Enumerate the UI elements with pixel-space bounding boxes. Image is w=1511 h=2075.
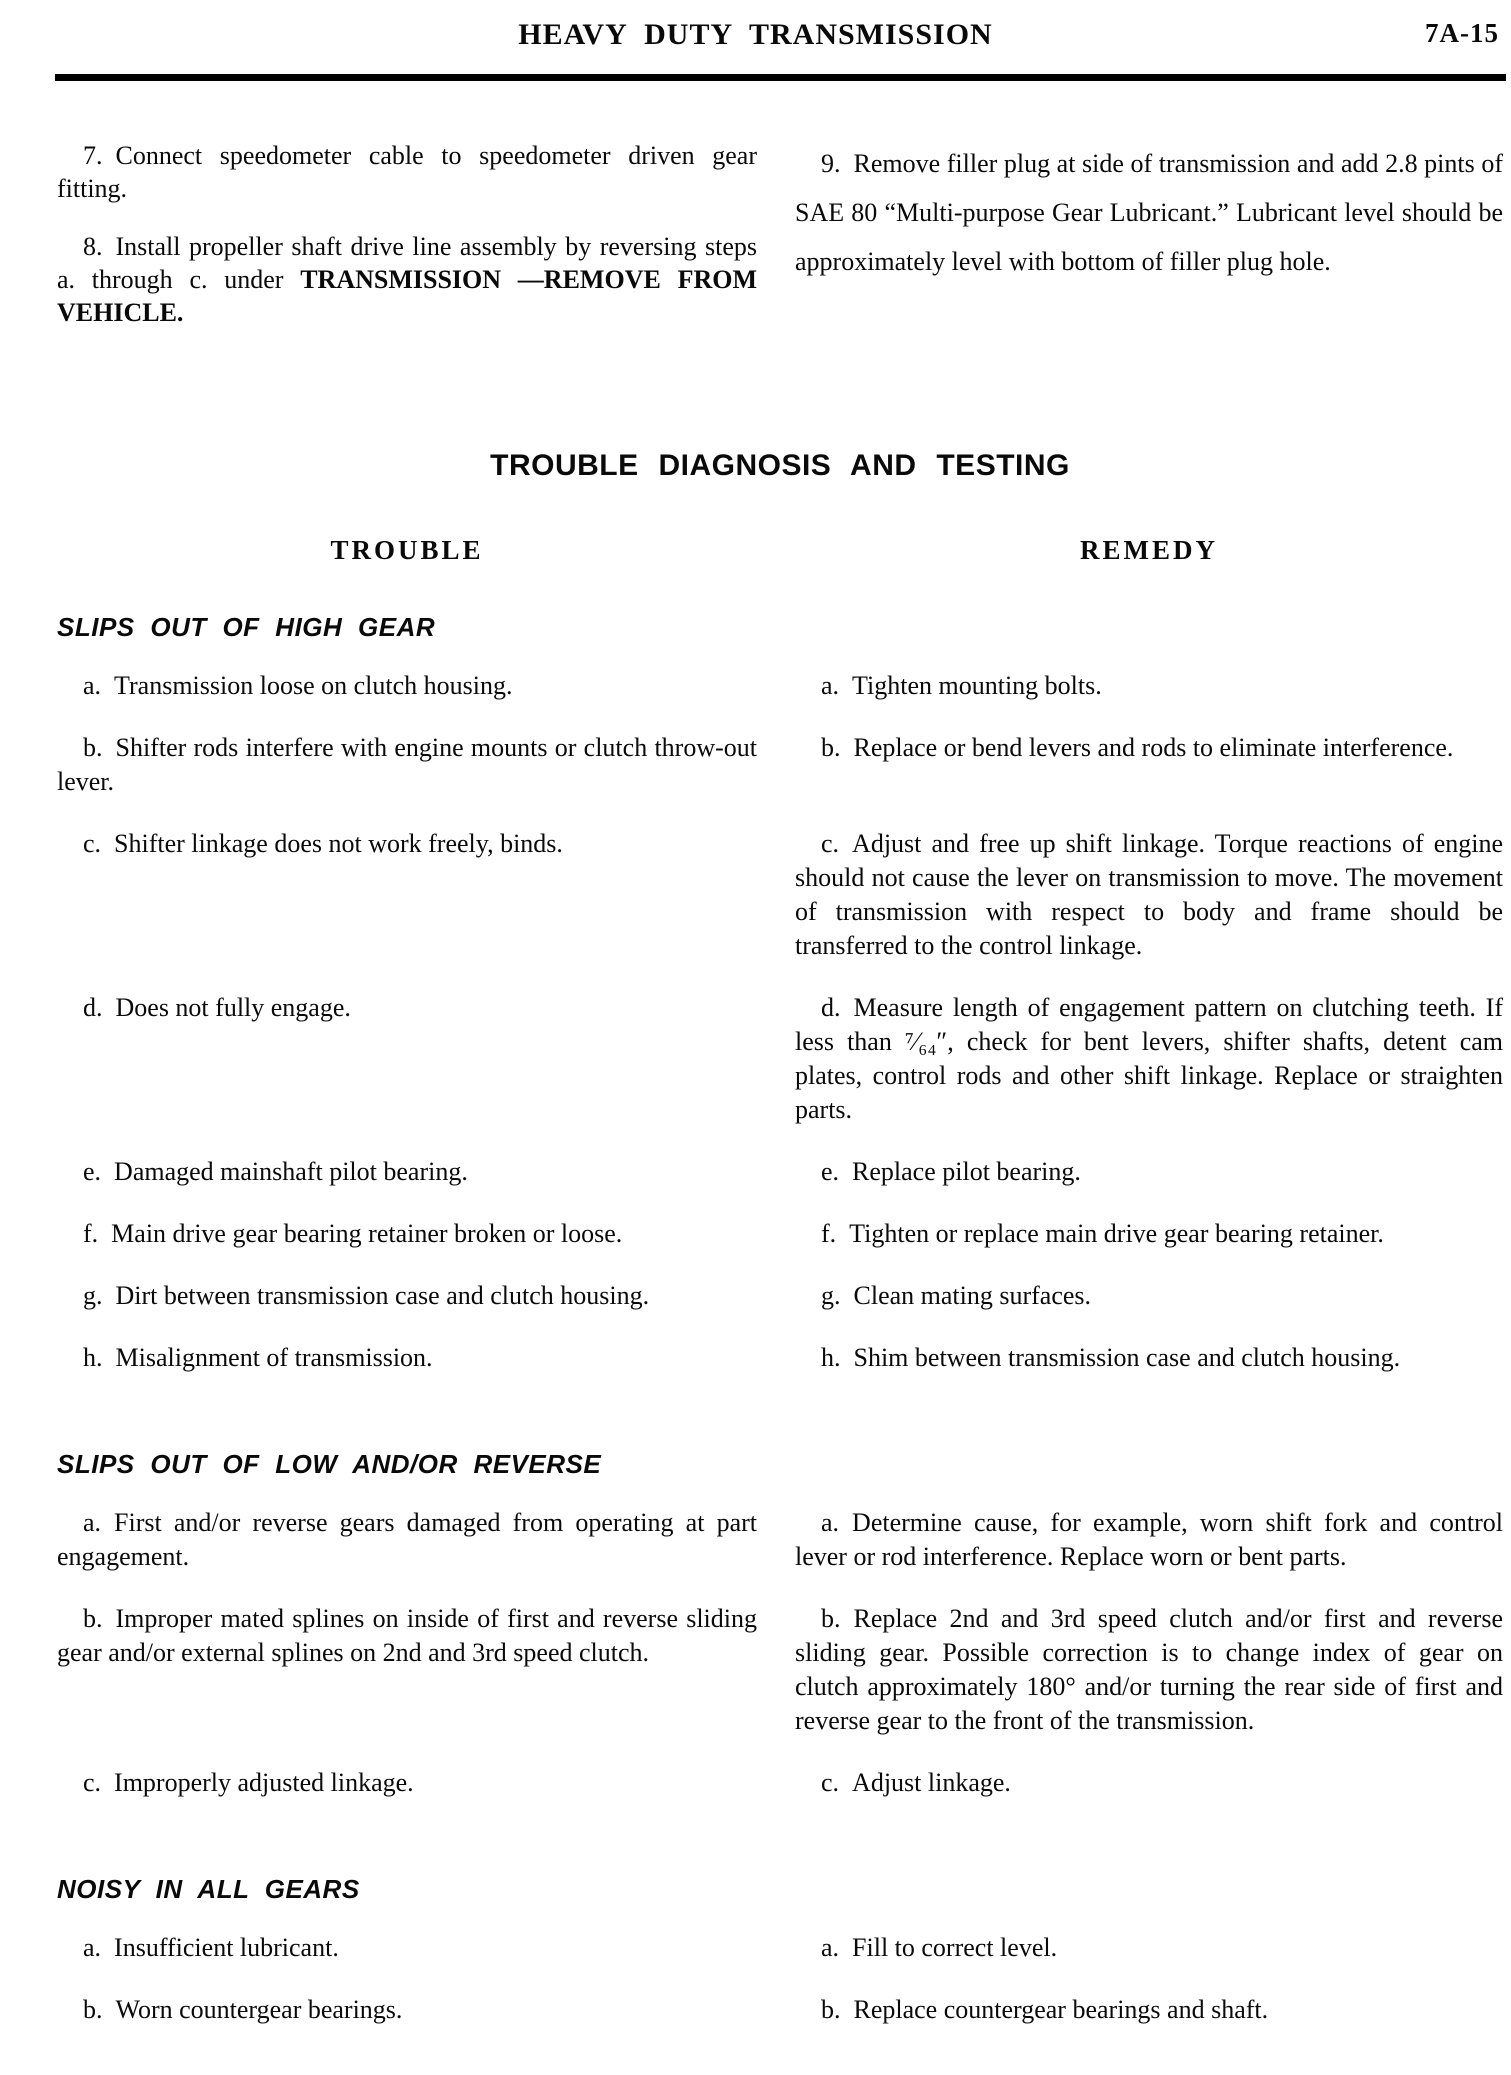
- section-heading-slips-out-of-high-gear: SLIPS OUT OF HIGH GEAR: [57, 612, 1503, 643]
- manual-page: HEAVY DUTY TRANSMISSION 7A-15 7. Connect…: [0, 0, 1511, 2075]
- page-title: HEAVY DUTY TRANSMISSION: [0, 18, 1511, 52]
- remedy-cell: a. Fill to correct level.: [795, 1931, 1503, 1965]
- trouble-cell: d. Does not fully engage.: [57, 991, 757, 1127]
- trouble-cell: h. Misalignment of transmission.: [57, 1341, 757, 1375]
- section-title: TROUBLE DIAGNOSIS AND TESTING: [57, 449, 1503, 483]
- trouble-cell: c. Improperly adjusted linkage.: [57, 1766, 757, 1800]
- remedy-cell: c. Adjust and free up shift linkage. Tor…: [795, 827, 1503, 963]
- page-number: 7A-15: [1425, 18, 1499, 49]
- trouble-cell: b. Shifter rods interfere with engine mo…: [57, 731, 757, 799]
- step-8-paragraph: 8. Install propeller shaft drive line as…: [57, 230, 757, 329]
- step-7-paragraph: 7. Connect speedometer cable to speedome…: [57, 139, 757, 205]
- remedy-cell: e. Replace pilot bearing.: [795, 1155, 1503, 1189]
- remedy-column-header: REMEDY: [795, 535, 1503, 566]
- trouble-cell: a. Insufficient lubricant.: [57, 1931, 757, 1965]
- trouble-cell: e. Damaged mainshaft pilot bearing.: [57, 1155, 757, 1189]
- trouble-cell: b. Improper mated splines on inside of f…: [57, 1602, 757, 1738]
- remedy-cell: d. Measure length of engagement pattern …: [795, 991, 1503, 1127]
- remedy-cell: b. Replace or bend levers and rods to el…: [795, 731, 1503, 799]
- trouble-cell: g. Dirt between transmission case and cl…: [57, 1279, 757, 1313]
- intro-right-column: 9. Remove filler plug at side of transmi…: [795, 139, 1503, 354]
- trouble-cell: a. Transmission loose on clutch housing.: [57, 669, 757, 703]
- page-content: 7. Connect speedometer cable to speedome…: [57, 139, 1503, 2055]
- section-heading-slips-out-of-low-reverse: SLIPS OUT OF LOW AND/OR REVERSE: [57, 1449, 1503, 1480]
- diagnosis-row: e. Damaged mainshaft pilot bearing. e. R…: [57, 1155, 1503, 1217]
- diagnosis-row: a. First and/or reverse gears damaged fr…: [57, 1506, 1503, 1602]
- remedy-cell: a. Determine cause, for example, worn sh…: [795, 1506, 1503, 1574]
- remedy-cell: b. Replace countergear bearings and shaf…: [795, 1993, 1503, 2027]
- diagnosis-row: b. Improper mated splines on inside of f…: [57, 1602, 1503, 1766]
- intro-section: 7. Connect speedometer cable to speedome…: [57, 139, 1503, 354]
- diagnosis-row: a. Transmission loose on clutch housing.…: [57, 669, 1503, 731]
- section-heading-noisy-in-all-gears: NOISY IN ALL GEARS: [57, 1874, 1503, 1905]
- remedy-cell: h. Shim between transmission case and cl…: [795, 1341, 1503, 1375]
- diagnosis-row: g. Dirt between transmission case and cl…: [57, 1279, 1503, 1341]
- diagnosis-row: b. Worn countergear bearings. b. Replace…: [57, 1993, 1503, 2055]
- diagnosis-row: a. Insufficient lubricant. a. Fill to co…: [57, 1931, 1503, 1993]
- page-header: HEAVY DUTY TRANSMISSION 7A-15: [0, 0, 1511, 62]
- diagnosis-row: d. Does not fully engage. d. Measure len…: [57, 991, 1503, 1155]
- remedy-cell: f. Tighten or replace main drive gear be…: [795, 1217, 1503, 1251]
- remedy-cell: b. Replace 2nd and 3rd speed clutch and/…: [795, 1602, 1503, 1738]
- trouble-cell: f. Main drive gear bearing retainer brok…: [57, 1217, 757, 1251]
- diagnosis-row: c. Shifter linkage does not work freely,…: [57, 827, 1503, 991]
- remedy-cell: c. Adjust linkage.: [795, 1766, 1503, 1800]
- diagnosis-row: h. Misalignment of transmission. h. Shim…: [57, 1341, 1503, 1403]
- trouble-cell: a. First and/or reverse gears damaged fr…: [57, 1506, 757, 1574]
- column-headers: TROUBLE REMEDY: [57, 535, 1503, 566]
- trouble-cell: b. Worn countergear bearings.: [57, 1993, 757, 2027]
- trouble-cell: c. Shifter linkage does not work freely,…: [57, 827, 757, 963]
- header-rule: [55, 74, 1506, 81]
- remedy-cell: g. Clean mating surfaces.: [795, 1279, 1503, 1313]
- diagnosis-row: b. Shifter rods interfere with engine mo…: [57, 731, 1503, 827]
- step-9-paragraph: 9. Remove filler plug at side of transmi…: [795, 139, 1503, 286]
- diagnosis-row: f. Main drive gear bearing retainer brok…: [57, 1217, 1503, 1279]
- remedy-cell: a. Tighten mounting bolts.: [795, 669, 1503, 703]
- trouble-column-header: TROUBLE: [57, 535, 757, 566]
- diagnosis-row: c. Improperly adjusted linkage. c. Adjus…: [57, 1766, 1503, 1828]
- intro-left-column: 7. Connect speedometer cable to speedome…: [57, 139, 757, 354]
